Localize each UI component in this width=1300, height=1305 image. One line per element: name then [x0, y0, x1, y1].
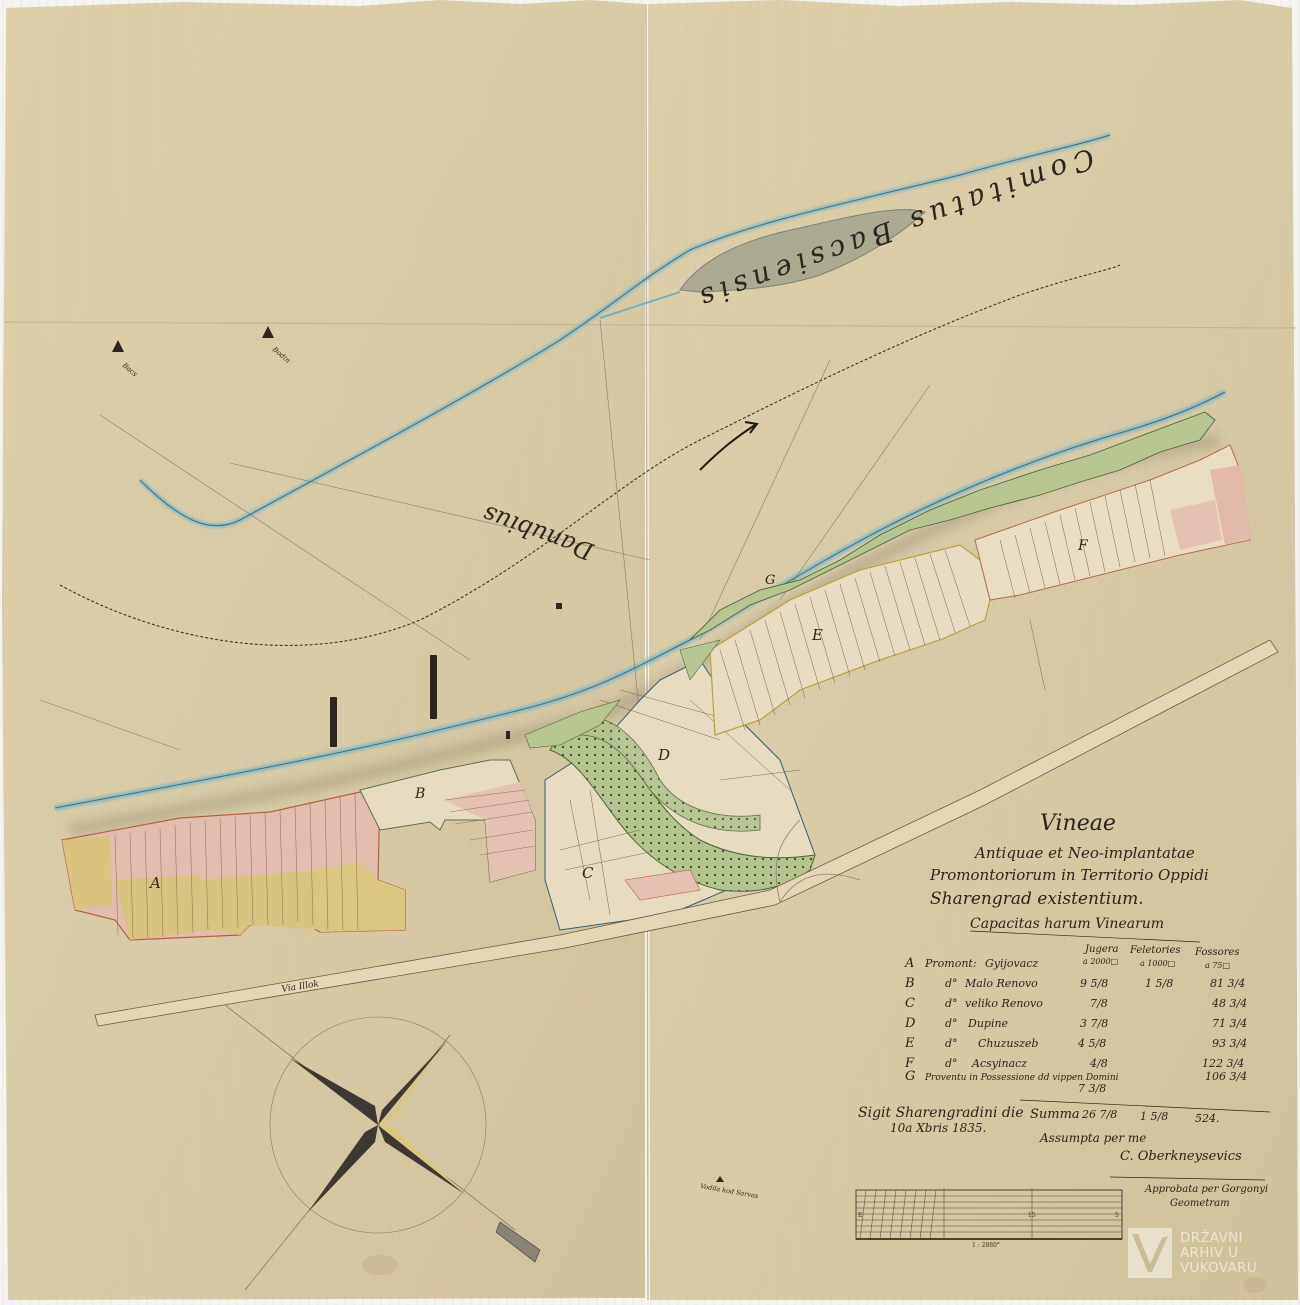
svg-text:7 3/8: 7 3/8 — [1078, 1082, 1106, 1095]
place-date-line-1: Sigit Sharengradini die — [858, 1105, 1024, 1121]
svg-text:524.: 524. — [1195, 1112, 1220, 1125]
svg-text:Chuzuszeb: Chuzuszeb — [978, 1037, 1038, 1050]
svg-text:Summa: Summa — [1030, 1107, 1080, 1122]
archive-watermark: DRŽAVNI ARHIV U VUKOVARU — [1128, 1228, 1257, 1278]
svg-text:4 5/8: 4 5/8 — [1077, 1037, 1106, 1050]
section-letter-f: F — [1077, 538, 1089, 554]
svg-text:d°: d° — [945, 997, 958, 1010]
svg-text:122 3/4: 122 3/4 — [1202, 1057, 1244, 1070]
scale-left-label: E — [858, 1212, 862, 1219]
section-letter-c: C — [582, 864, 594, 882]
archive-logo-icon — [1128, 1228, 1172, 1278]
svg-text:d°: d° — [945, 1037, 958, 1050]
section-letter-e: E — [811, 626, 823, 644]
svg-text:71 3/4: 71 3/4 — [1212, 1017, 1247, 1030]
svg-text:Malo Renovo: Malo Renovo — [964, 977, 1038, 990]
watermark-line-3: VUKOVARU — [1180, 1261, 1257, 1276]
watermark-line-2: ARHIV U — [1180, 1246, 1257, 1261]
svg-text:48 3/4: 48 3/4 — [1211, 997, 1247, 1010]
svg-text:G: G — [905, 1069, 915, 1084]
svg-text:106 3/4: 106 3/4 — [1205, 1070, 1247, 1083]
approbata-line-2: Geometram — [1170, 1198, 1230, 1209]
col-header-fel: Feletories — [1129, 945, 1181, 956]
svg-text:Gyijovacz: Gyijovacz — [985, 957, 1038, 970]
section-letter-d: D — [657, 746, 670, 764]
assumpta-line: Assumpta per me — [1039, 1131, 1146, 1145]
svg-text:7/8: 7/8 — [1090, 997, 1108, 1010]
svg-text:1 5/8: 1 5/8 — [1140, 1110, 1168, 1123]
svg-text:d°: d° — [945, 977, 958, 990]
scale-mid-label: 15 — [1028, 1212, 1036, 1219]
col-header-fel-sub: a 1000□ — [1140, 959, 1175, 968]
title-line-5: Capacitas harum Vinearum — [970, 916, 1164, 932]
svg-text:Acsyinacz: Acsyinacz — [971, 1057, 1027, 1070]
svg-text:veliko Renovo: veliko Renovo — [965, 997, 1043, 1010]
svg-text:D: D — [904, 1016, 916, 1031]
surveyor-signature: C. Oberkneysevics — [1120, 1149, 1242, 1164]
svg-text:E: E — [904, 1036, 915, 1051]
svg-text:A: A — [904, 956, 914, 971]
section-letter-b: B — [414, 786, 425, 802]
svg-text:B: B — [904, 976, 915, 991]
col-header-foss: Fossores — [1194, 947, 1240, 958]
svg-text:d°: d° — [945, 1017, 958, 1030]
table-row: A Promont: Gyijovacz — [904, 956, 1038, 971]
svg-text:3 7/8: 3 7/8 — [1080, 1017, 1108, 1030]
title-line-3: Promontoriorum in Territorio Oppidi — [929, 866, 1209, 884]
scale-right-label: 5 — [1115, 1212, 1119, 1219]
svg-text:9 5/8: 9 5/8 — [1080, 977, 1108, 990]
title-line-1: Vineae — [1040, 811, 1116, 836]
svg-text:1 5/8: 1 5/8 — [1145, 977, 1173, 990]
svg-text:93 3/4: 93 3/4 — [1212, 1037, 1247, 1050]
svg-text:26 7/8: 26 7/8 — [1081, 1108, 1117, 1121]
historical-map: A B C D — [0, 0, 1300, 1305]
section-letter-g: G — [765, 573, 775, 588]
approbata-line: Approbata per Gorgonyi — [1144, 1184, 1268, 1195]
col-header-jugera-sub: a 2000□ — [1083, 957, 1118, 966]
scale-caption: 1 : 2880° — [972, 1242, 1000, 1249]
svg-text:C: C — [905, 996, 915, 1011]
col-header-jugera: Jugera — [1083, 944, 1119, 955]
svg-text:d°: d° — [945, 1057, 958, 1070]
title-line-4: Sharengrad existentium. — [930, 889, 1144, 909]
svg-text:Dupine: Dupine — [967, 1017, 1009, 1030]
svg-text:Promont:: Promont: — [924, 957, 977, 970]
place-date-line-2: 10a Xbris 1835. — [890, 1121, 986, 1135]
watermark-line-1: DRŽAVNI — [1180, 1231, 1257, 1246]
col-header-foss-sub: a 75□ — [1205, 961, 1230, 970]
svg-text:4/8: 4/8 — [1089, 1057, 1108, 1070]
section-letter-a: A — [148, 874, 161, 892]
svg-text:81 3/4: 81 3/4 — [1210, 977, 1245, 990]
title-line-2: Antiquae et Neo-implantatae — [973, 844, 1195, 862]
